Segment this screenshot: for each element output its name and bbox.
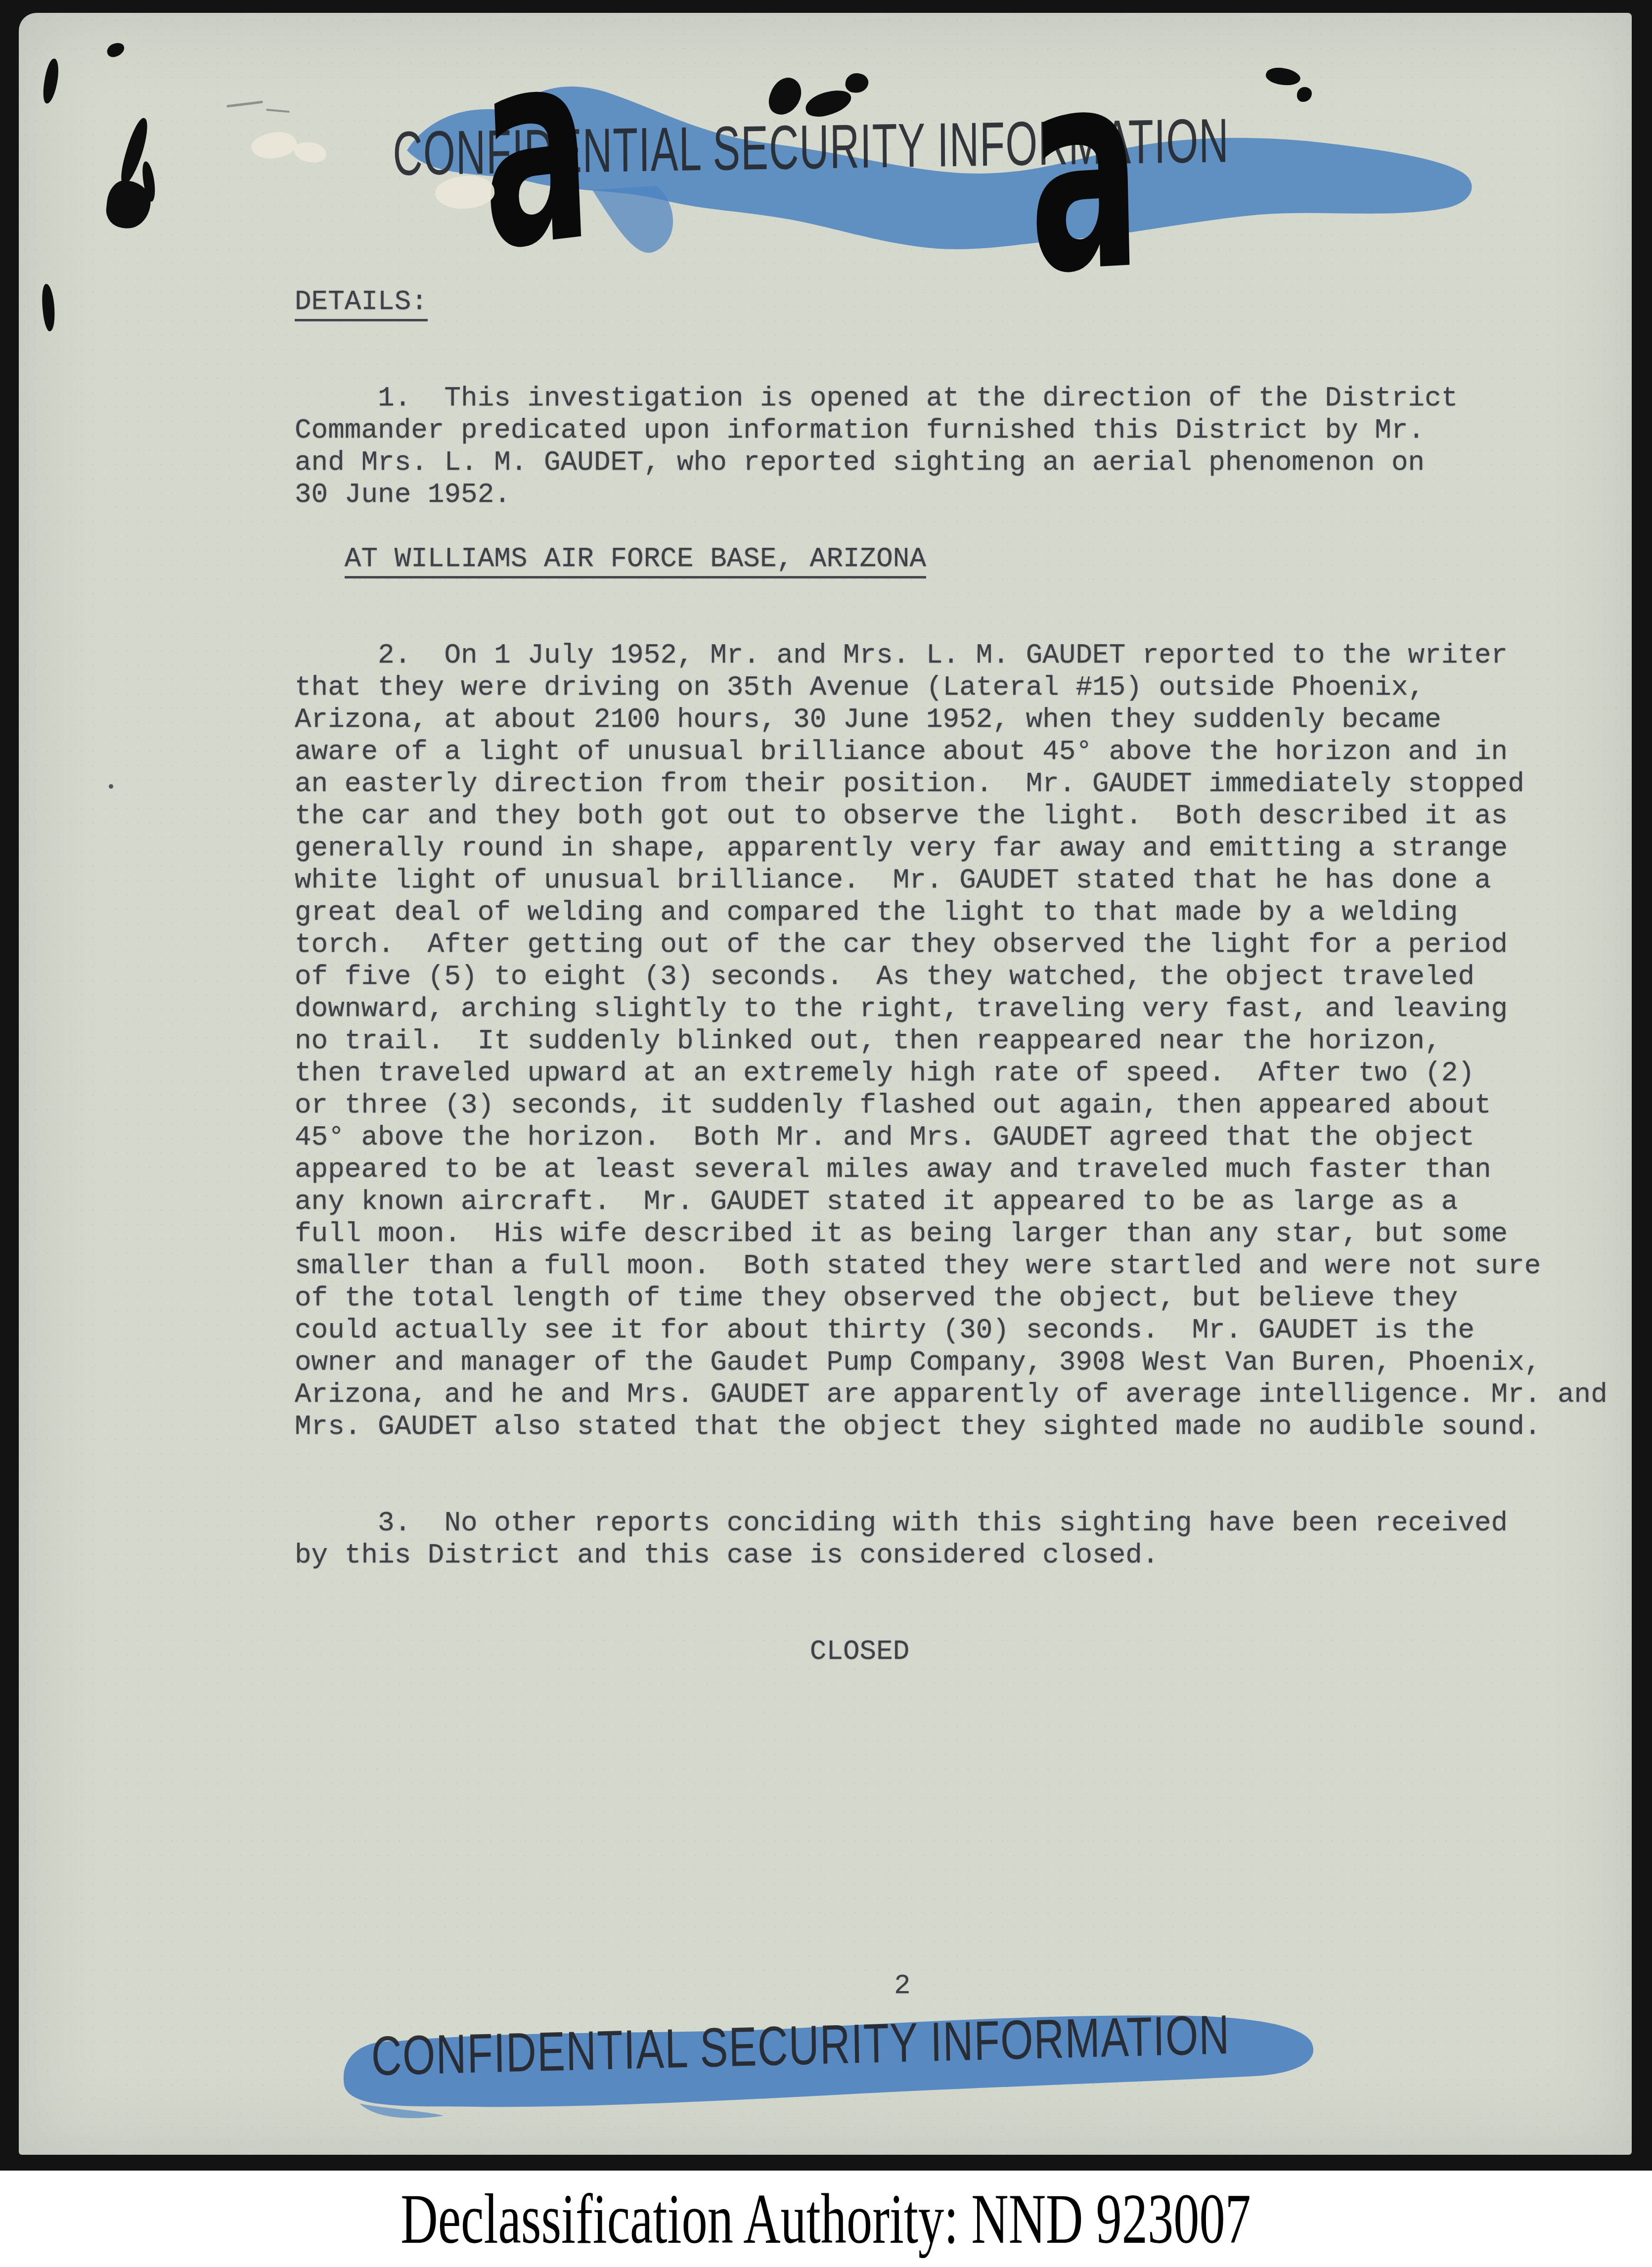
- text-line: of the total length of time they observe…: [295, 1282, 1607, 1314]
- ink-stain: [40, 283, 57, 332]
- declassification-footer: Declassification Authority: NND 923007: [0, 2171, 1652, 2267]
- text-line: aware of a light of unusual brilliance a…: [295, 736, 1607, 768]
- text-line: and Mrs. L. M. GAUDET, who reported sigh…: [295, 446, 1607, 479]
- text-line: AT WILLIAMS AIR FORCE BASE, ARIZONA: [295, 543, 1607, 575]
- text-line: owner and manager of the Gaudet Pump Com…: [295, 1346, 1607, 1378]
- text-line: of five (5) to eight (3) seconds. As the…: [295, 961, 1607, 993]
- paper-scrap: [250, 130, 298, 161]
- text-line: by this District and this case is consid…: [295, 1539, 1607, 1571]
- ink-scribble-a-left: a: [476, 13, 595, 289]
- text-line: [295, 350, 1607, 382]
- text-line: full moon. His wife described it as bein…: [295, 1218, 1607, 1250]
- text-line: 3. No other reports conciding with this …: [295, 1507, 1607, 1539]
- text-line: DETAILS:: [295, 286, 1607, 318]
- ink-blot: [1297, 87, 1312, 102]
- text-line: could actually see it for about thirty (…: [295, 1314, 1607, 1346]
- text-line: smaller than a full moon. Both stated th…: [295, 1250, 1607, 1282]
- declassification-authority-text: Declassification Authority: NND 923007: [401, 2178, 1251, 2260]
- text-line: any known aircraft. Mr. GAUDET stated it…: [295, 1186, 1607, 1218]
- text-line: CLOSED: [295, 1636, 1607, 1668]
- text-line: [295, 1475, 1607, 1507]
- text-line: no trail. It suddenly blinked out, then …: [295, 1025, 1607, 1057]
- text-line: an easterly direction from their positio…: [295, 768, 1607, 800]
- ink-blot: [1264, 65, 1302, 89]
- text-line: Arizona, at about 2100 hours, 30 June 19…: [295, 704, 1607, 736]
- text-line: 45° above the horizon. Both Mr. and Mrs.…: [295, 1121, 1607, 1154]
- typewriter-body: DETAILS: 1. This investigation is opened…: [295, 286, 1607, 1668]
- text-line: Arizona, and he and Mrs. GAUDET are appa…: [295, 1378, 1607, 1411]
- ink-blot: [844, 72, 869, 94]
- ink-stain: [105, 41, 126, 59]
- text-line: 30 June 1952.: [295, 479, 1607, 511]
- text-line: great deal of welding and compared the l…: [295, 896, 1607, 929]
- text-line: Mrs. GAUDET also stated that the object …: [295, 1411, 1607, 1443]
- text-line: appeared to be at least several miles aw…: [295, 1154, 1607, 1186]
- text-line: white light of unusual brilliance. Mr. G…: [295, 864, 1607, 896]
- text-line: [295, 575, 1607, 607]
- pencil-mark: [266, 109, 290, 113]
- text-line: 2. On 1 July 1952, Mr. and Mrs. L. M. GA…: [295, 639, 1607, 671]
- text-line: that they were driving on 35th Avenue (L…: [295, 671, 1607, 704]
- text-line: [295, 607, 1607, 639]
- text-line: the car and they both got out to observe…: [295, 800, 1607, 832]
- text-line: [295, 318, 1607, 350]
- paper-scrap: [292, 140, 328, 165]
- text-line: [295, 1603, 1607, 1636]
- text-line: generally round in shape, apparently ver…: [295, 832, 1607, 864]
- text-line: [295, 1571, 1607, 1603]
- text-line: torch. After getting out of the car they…: [295, 929, 1607, 961]
- page-number: 2: [894, 1970, 911, 2001]
- document-page: CONFIDENTIAL SECURITY INFORMATION a a DE…: [19, 13, 1632, 2155]
- text-line: downward, arching slightly to the right,…: [295, 993, 1607, 1025]
- ink-speck: [109, 784, 113, 789]
- ink-stain: [42, 58, 61, 105]
- text-line: 1. This investigation is opened at the d…: [295, 382, 1607, 414]
- text-line: [295, 1443, 1607, 1475]
- bottom-classification-stamp: CONFIDENTIAL SECURITY INFORMATION: [371, 2002, 1230, 2088]
- pencil-mark: [226, 101, 263, 108]
- text-line: or three (3) seconds, it suddenly flashe…: [295, 1089, 1607, 1121]
- text-line: then traveled upward at an extremely hig…: [295, 1057, 1607, 1089]
- text-line: [295, 511, 1607, 543]
- text-line: Commander predicated upon information fu…: [295, 414, 1607, 446]
- ink-scribble-a-right: a: [1026, 30, 1143, 313]
